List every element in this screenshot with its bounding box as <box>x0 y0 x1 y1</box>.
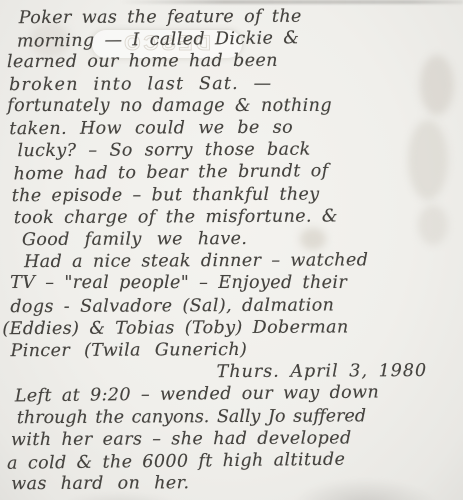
handwritten-line: broken into last Sat. — <box>9 71 459 96</box>
handwritten-date-line: Thurs. April 3, 1980 <box>217 360 461 383</box>
handwritten-line: was hard on her. <box>11 471 461 496</box>
scan-edge-artifact <box>120 0 463 4</box>
handwritten-line: the episode – but thankful they <box>12 182 460 207</box>
handwritten-line: through the canyons. Sally Jo suffered <box>17 404 461 429</box>
handwritten-line: fortunately no damage & nothing <box>7 95 459 117</box>
handwritten-line: Had a nice steak dinner – watched <box>24 249 460 273</box>
handwriting-block: Poker was the feature of the morning — I… <box>7 5 462 496</box>
handwritten-line: took charge of the misfortune. & <box>14 205 460 230</box>
scanned-note-page: DESCO Poker was the feature of the morni… <box>0 0 463 500</box>
handwritten-line: TV – "real people" – Enjoyed their <box>10 272 460 294</box>
handwritten-line: (Eddies) & Tobias (Toby) Doberman <box>2 316 460 341</box>
handwritten-line: dogs - Salvadore (Sal), dalmation <box>10 293 460 318</box>
handwritten-line: learned our home had been <box>7 49 459 74</box>
handwritten-line: taken. How could we be so <box>9 116 459 141</box>
handwritten-line: Pincer (Twila Gunerich) <box>10 338 460 363</box>
handwritten-line: Good family we have. <box>22 227 460 251</box>
